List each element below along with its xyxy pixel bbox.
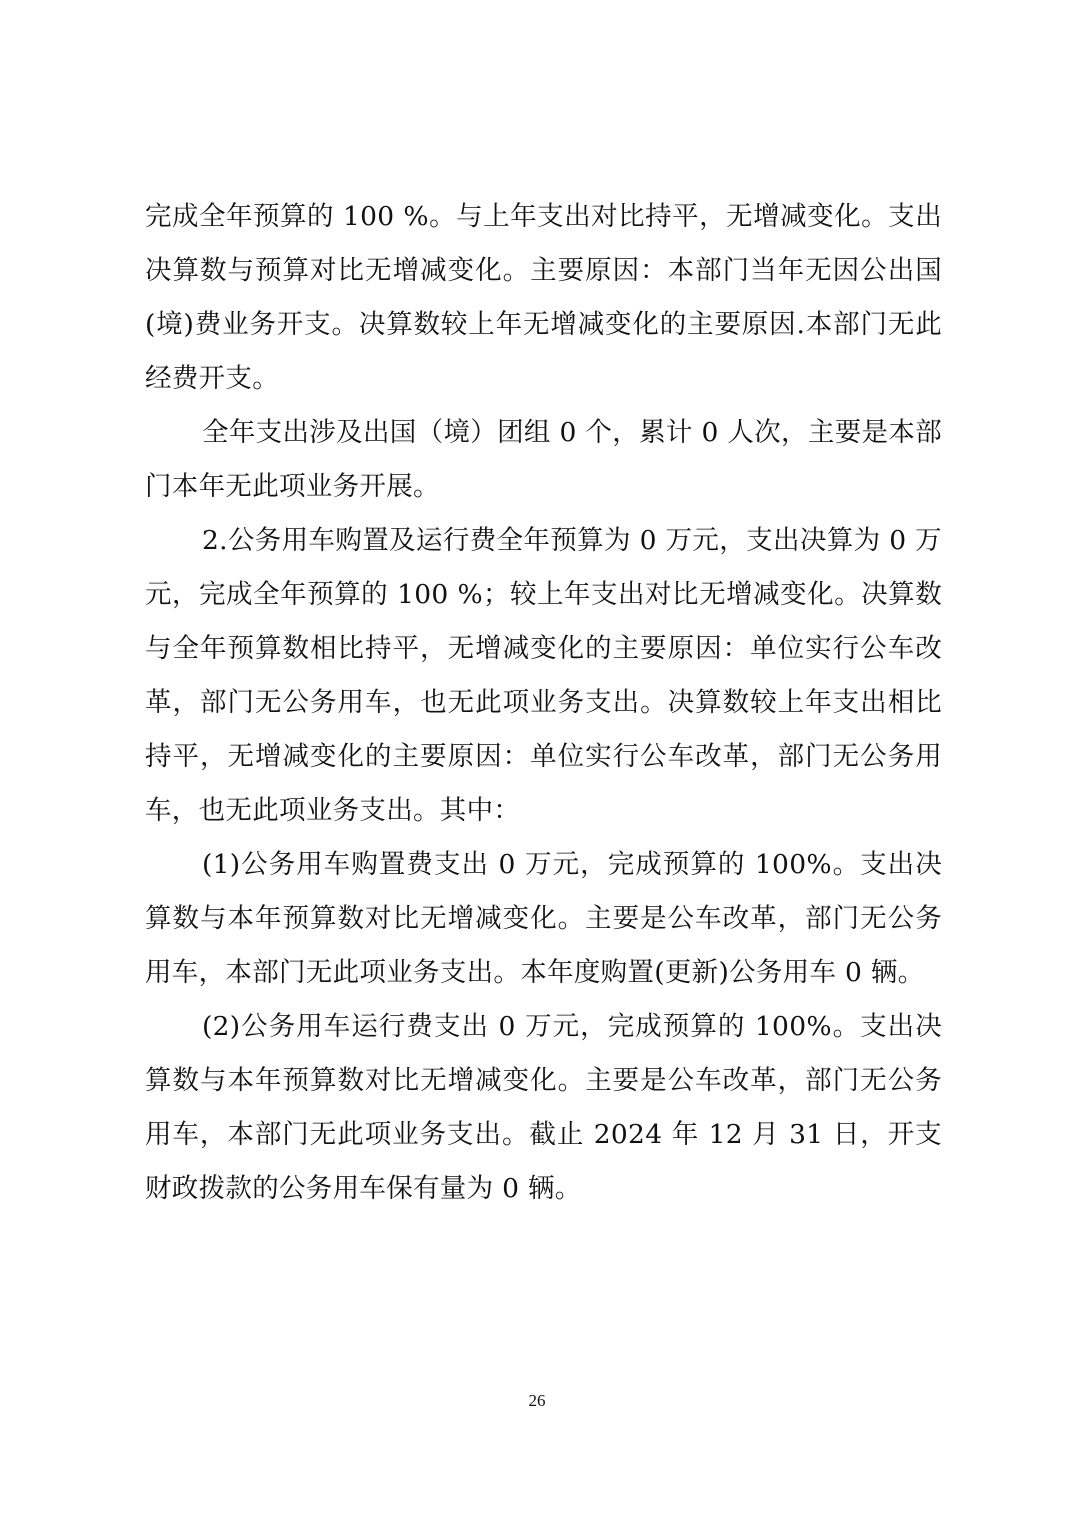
document-body: 完成全年预算的 100 %。与上年支出对比持平，无增减变化。支出决算数与预算对比… (145, 190, 942, 1216)
paragraph-outbound-groups: 全年支出涉及出国（境）团组 0 个，累计 0 人次，主要是本部门本年无此项业务开… (145, 406, 942, 514)
paragraph-vehicle-budget: 2.公务用车购置及运行费全年预算为 0 万元，支出决算为 0 万元，完成全年预算… (145, 514, 942, 838)
page-number: 26 (0, 1391, 1074, 1411)
paragraph-outbound-travel-summary: 完成全年预算的 100 %。与上年支出对比持平，无增减变化。支出决算数与预算对比… (145, 190, 942, 406)
paragraph-vehicle-operation: (2)公务用车运行费支出 0 万元，完成预算的 100%。支出决算数与本年预算数… (145, 1000, 942, 1216)
paragraph-vehicle-purchase: (1)公务用车购置费支出 0 万元，完成预算的 100%。支出决算数与本年预算数… (145, 838, 942, 1000)
